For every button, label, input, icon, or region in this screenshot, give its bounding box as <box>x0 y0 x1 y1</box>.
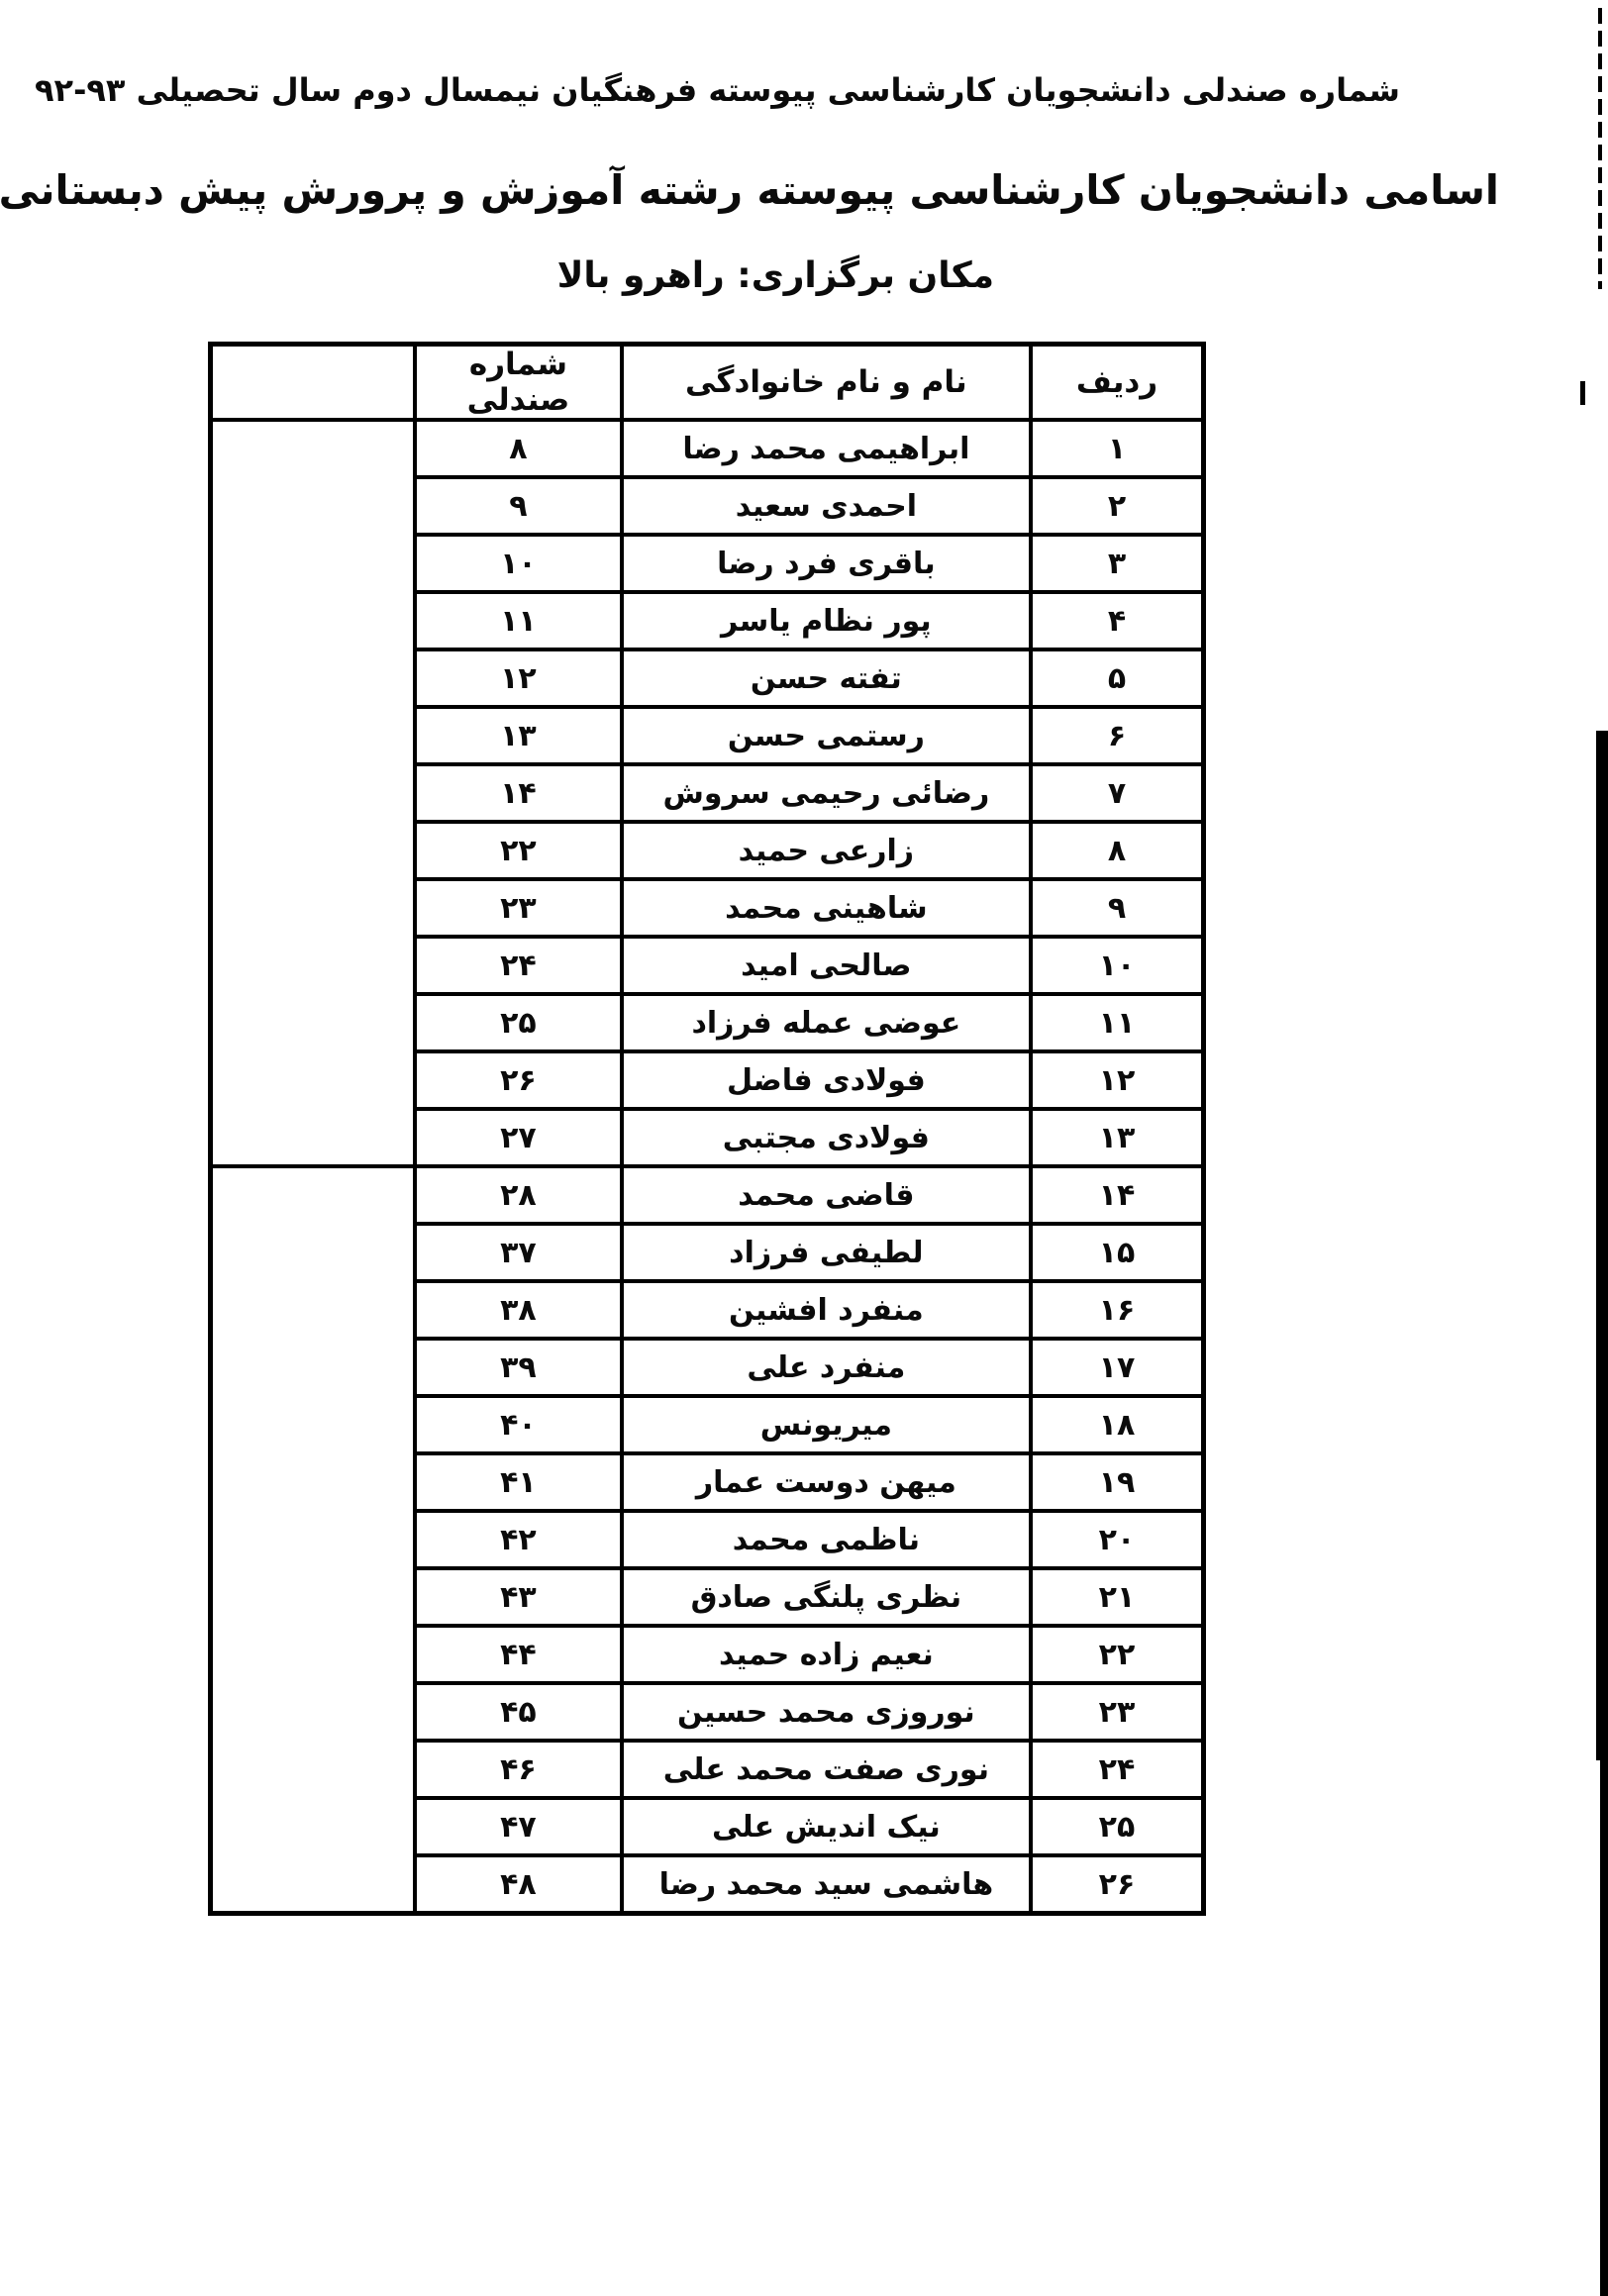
name-cell: نوری صفت محمد علی <box>622 1741 1031 1798</box>
seat-cell: ۱۲ <box>415 649 622 707</box>
radif-cell: ۱۳ <box>1031 1109 1204 1166</box>
seat-cell: ۹ <box>415 477 622 535</box>
radif-cell: ۴ <box>1031 592 1204 649</box>
seat-cell: ۲۴ <box>415 937 622 994</box>
name-cell: احمدی سعید <box>622 477 1031 535</box>
seat-cell: ۲۶ <box>415 1051 622 1109</box>
seating-table-wrapper: ردیف نام و نام خانوادگی شماره صندلی ۱ابر… <box>208 342 1206 1916</box>
radif-cell: ۲۳ <box>1031 1683 1204 1741</box>
radif-cell: ۱۷ <box>1031 1339 1204 1396</box>
spacer-cell <box>211 420 416 1166</box>
document-title-location: مکان برگزاری: راهرو بالا <box>614 255 994 296</box>
radif-cell: ۱۸ <box>1031 1396 1204 1453</box>
seat-cell: ۱۱ <box>415 592 622 649</box>
seat-cell: ۱۳ <box>415 707 622 764</box>
seat-cell: ۲۸ <box>415 1166 622 1224</box>
seating-table: ردیف نام و نام خانوادگی شماره صندلی ۱ابر… <box>208 342 1206 1916</box>
radif-cell: ۱۶ <box>1031 1281 1204 1339</box>
document-title-student-list: اسامی دانشجویان کارشناسی پیوسته رشته آمو… <box>59 166 1499 214</box>
name-cell: صالحی امید <box>622 937 1031 994</box>
seat-cell: ۴۲ <box>415 1511 622 1568</box>
name-cell: عوضی عمله فرزاد <box>622 994 1031 1051</box>
name-cell: پور نظام یاسر <box>622 592 1031 649</box>
name-cell: هاشمی سید محمد رضا <box>622 1855 1031 1914</box>
seat-cell: ۲۳ <box>415 879 622 937</box>
name-cell: تفته حسن <box>622 649 1031 707</box>
table-header-row: ردیف نام و نام خانوادگی شماره صندلی <box>211 345 1204 421</box>
seat-cell: ۲۷ <box>415 1109 622 1166</box>
name-cell: نوروزی محمد حسین <box>622 1683 1031 1741</box>
radif-cell: ۸ <box>1031 822 1204 879</box>
radif-cell: ۱ <box>1031 420 1204 477</box>
name-cell: رضائی رحیمی سروش <box>622 764 1031 822</box>
seat-cell: ۴۴ <box>415 1626 622 1683</box>
name-cell: نعیم زاده حمید <box>622 1626 1031 1683</box>
radif-cell: ۳ <box>1031 535 1204 592</box>
radif-cell: ۵ <box>1031 649 1204 707</box>
name-cell: ابراهیمی محمد رضا <box>622 420 1031 477</box>
radif-cell: ۱۹ <box>1031 1453 1204 1511</box>
name-cell: قاضی محمد <box>622 1166 1031 1224</box>
scan-artifact-edge-bar-bottom <box>1600 1760 1608 2296</box>
name-cell: ناظمی محمد <box>622 1511 1031 1568</box>
scan-artifact-dashed-line <box>1598 8 1602 289</box>
header-radif: ردیف <box>1031 345 1204 421</box>
name-cell: شاهینی محمد <box>622 879 1031 937</box>
table-row: ۱۴قاضی محمد۲۸ <box>211 1166 1204 1224</box>
document-title-seat-numbers: شماره صندلی دانشجویان کارشناسی پیوسته فر… <box>119 71 1400 109</box>
name-cell: منفرد علی <box>622 1339 1031 1396</box>
scan-artifact-tick <box>1580 381 1585 405</box>
scanned-document-page: شماره صندلی دانشجویان کارشناسی پیوسته فر… <box>0 0 1608 2296</box>
radif-cell: ۷ <box>1031 764 1204 822</box>
radif-cell: ۱۵ <box>1031 1224 1204 1281</box>
radif-cell: ۱۱ <box>1031 994 1204 1051</box>
spacer-cell <box>211 1166 416 1914</box>
seat-cell: ۳۷ <box>415 1224 622 1281</box>
name-cell: فولادی مجتبی <box>622 1109 1031 1166</box>
seat-cell: ۴۸ <box>415 1855 622 1914</box>
seat-cell: ۴۷ <box>415 1798 622 1855</box>
seat-cell: ۳۹ <box>415 1339 622 1396</box>
name-cell: نظری پلنگی صادق <box>622 1568 1031 1626</box>
name-cell: منفرد افشین <box>622 1281 1031 1339</box>
seat-cell: ۱۴ <box>415 764 622 822</box>
seat-cell: ۱۰ <box>415 535 622 592</box>
radif-cell: ۹ <box>1031 879 1204 937</box>
seat-cell: ۴۱ <box>415 1453 622 1511</box>
table-row: ۱ابراهیمی محمد رضا۸ <box>211 420 1204 477</box>
radif-cell: ۱۰ <box>1031 937 1204 994</box>
header-spacer <box>211 345 416 421</box>
seat-cell: ۲۲ <box>415 822 622 879</box>
seat-cell: ۴۰ <box>415 1396 622 1453</box>
radif-cell: ۲۲ <box>1031 1626 1204 1683</box>
radif-cell: ۲۶ <box>1031 1855 1204 1914</box>
name-cell: فولادی فاضل <box>622 1051 1031 1109</box>
seat-cell: ۴۵ <box>415 1683 622 1741</box>
name-cell: نیک اندیش علی <box>622 1798 1031 1855</box>
seat-cell: ۳۸ <box>415 1281 622 1339</box>
radif-cell: ۲۴ <box>1031 1741 1204 1798</box>
seat-cell: ۲۵ <box>415 994 622 1051</box>
radif-cell: ۲۰ <box>1031 1511 1204 1568</box>
name-cell: میهن دوست عمار <box>622 1453 1031 1511</box>
radif-cell: ۱۴ <box>1031 1166 1204 1224</box>
seat-cell: ۴۶ <box>415 1741 622 1798</box>
radif-cell: ۶ <box>1031 707 1204 764</box>
scan-artifact-edge-bar-top <box>1596 731 1608 1760</box>
name-cell: رستمی حسن <box>622 707 1031 764</box>
radif-cell: ۲۵ <box>1031 1798 1204 1855</box>
name-cell: لطیفی فرزاد <box>622 1224 1031 1281</box>
seat-cell: ۴۳ <box>415 1568 622 1626</box>
radif-cell: ۲ <box>1031 477 1204 535</box>
header-name: نام و نام خانوادگی <box>622 345 1031 421</box>
radif-cell: ۱۲ <box>1031 1051 1204 1109</box>
header-seat: شماره صندلی <box>415 345 622 421</box>
name-cell: میریونس <box>622 1396 1031 1453</box>
seat-cell: ۸ <box>415 420 622 477</box>
table-body: ۱ابراهیمی محمد رضا۸۲احمدی سعید۹۳باقری فر… <box>211 420 1204 1914</box>
name-cell: زارعی حمید <box>622 822 1031 879</box>
radif-cell: ۲۱ <box>1031 1568 1204 1626</box>
name-cell: باقری فرد رضا <box>622 535 1031 592</box>
